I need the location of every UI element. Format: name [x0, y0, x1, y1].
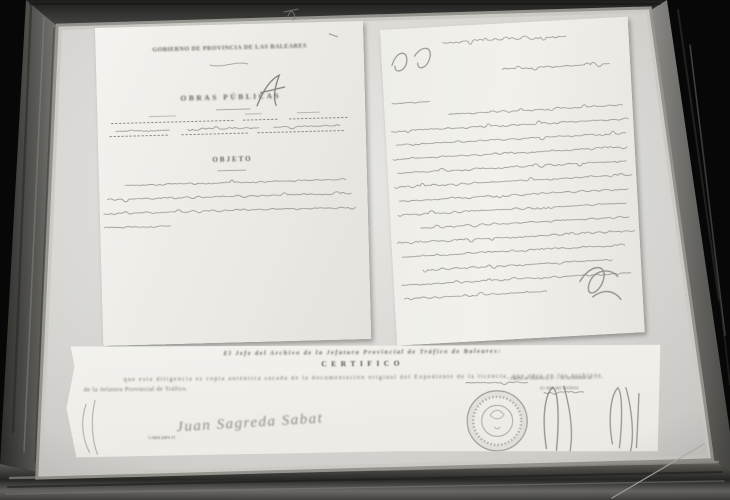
left-document: GOBIERNO DE PROVINCIA DE LAS BALEARES OB… — [95, 21, 371, 346]
handwriting-stroke — [149, 112, 319, 116]
letter-handwriting — [380, 17, 645, 346]
handwriting-stroke — [104, 225, 170, 228]
handwriting-stroke — [329, 34, 337, 37]
copy-for-label: Copia para D. — [148, 436, 176, 441]
handwriting-stroke — [125, 177, 346, 186]
handwriting-stroke — [502, 61, 609, 71]
handwriting-stroke — [421, 215, 629, 230]
handwriting-stroke — [466, 382, 528, 385]
certificate-body-line-2: de la Jefatura Provincial de Tráfico. — [84, 387, 188, 394]
handwriting-stroke — [289, 117, 349, 119]
handwriting-stroke — [402, 244, 624, 258]
handwriting-stroke — [423, 258, 613, 272]
handwritten-letter — [380, 17, 645, 346]
handwriting-stroke — [182, 133, 248, 135]
handwriting-stroke — [104, 205, 356, 215]
handwriting-stroke — [188, 126, 259, 131]
official-seal-stamp — [467, 391, 528, 452]
handwriting-stroke — [443, 34, 566, 46]
handwriting-stroke — [449, 103, 623, 116]
handwriting-stroke — [107, 191, 351, 202]
handwriting-stroke — [258, 131, 344, 133]
handwriting-stroke — [544, 387, 559, 450]
handwriting-stroke — [610, 388, 640, 452]
handwriting-stroke — [210, 63, 248, 66]
handwriting-stroke — [274, 125, 340, 130]
handwriting-stroke — [82, 400, 97, 454]
handwriting-stroke — [391, 48, 431, 71]
handwriting-stroke — [391, 116, 628, 133]
handwriting-stroke — [397, 229, 634, 246]
handwriting-stroke — [398, 200, 626, 217]
left-document-handwriting — [95, 21, 371, 346]
handwriting-stroke — [396, 131, 626, 148]
handwriting-stroke — [218, 170, 246, 171]
handwriting-stroke — [394, 172, 631, 189]
certificate-strip: El Jefe del Archivo de la Jefatura Provi… — [64, 341, 663, 458]
handwriting-stroke — [564, 386, 572, 454]
handwriting-stroke — [404, 289, 546, 300]
handwriting-stroke — [112, 120, 234, 123]
handwriting-stroke — [116, 129, 170, 132]
handwriting-stroke — [579, 266, 621, 301]
handwriting-stroke — [110, 135, 168, 137]
handwriting-stroke — [392, 101, 430, 104]
handwriting-stroke — [216, 109, 250, 110]
handwriting-stroke — [243, 119, 279, 120]
handwriting-stroke — [393, 146, 627, 162]
handwriting-stroke — [399, 188, 628, 203]
handwriting-stroke — [398, 159, 627, 176]
framed-documents-photo: GOBIERNO DE PROVINCIA DE LAS BALEARES OB… — [0, 0, 730, 500]
